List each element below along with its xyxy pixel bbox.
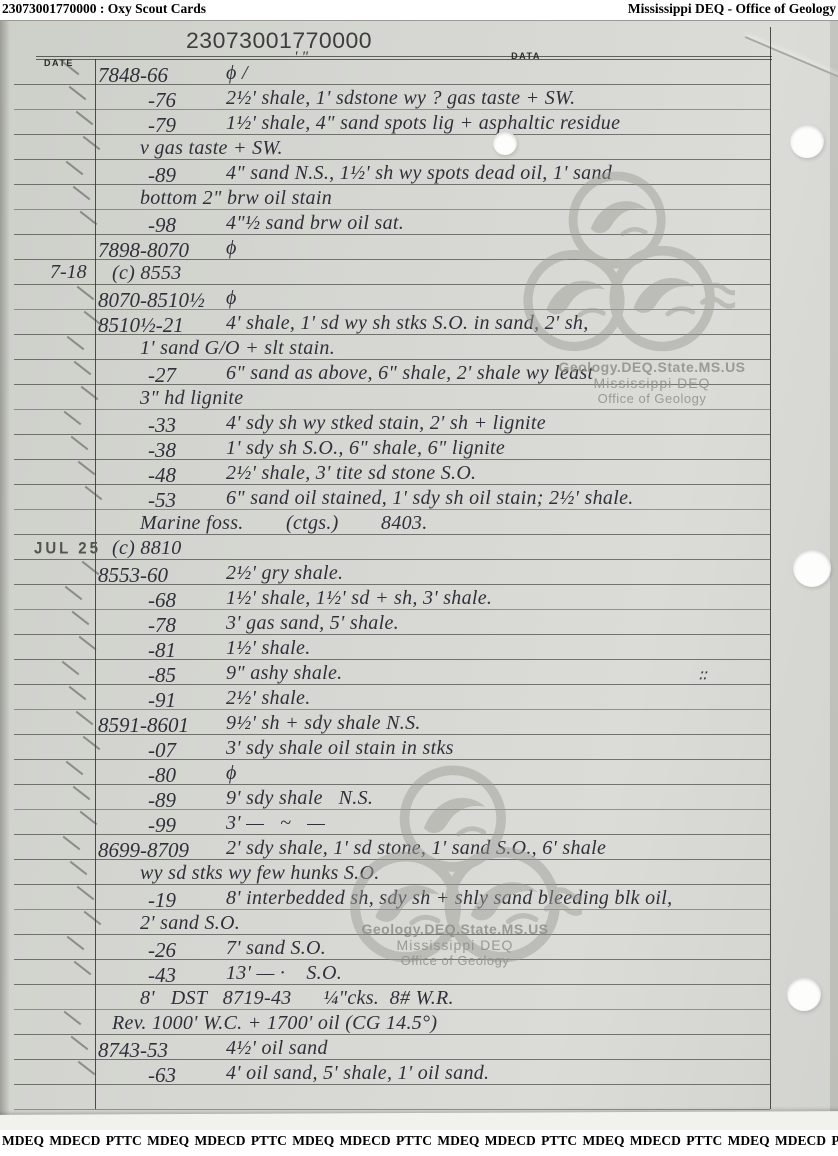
log-row: -267' sand S.O. [98, 935, 326, 962]
watermark-text-line: Office of Geology [340, 953, 570, 968]
log-row: -811½' shale. [98, 635, 311, 662]
watermark-caption: Geology.DEQ.State.MS.USMississippi DEQOf… [537, 359, 767, 406]
watermark-text-line: Geology.DEQ.State.MS.US [537, 359, 767, 375]
check-mark [65, 586, 83, 601]
watermark-text-line: Office of Geology [537, 391, 767, 406]
paper-crease [745, 36, 838, 88]
check-mark [69, 86, 87, 101]
punch-hole [793, 549, 831, 587]
log-entry-text: 4"½ sand brw oil sat. [226, 212, 404, 234]
log-entry-text: ϕ [226, 762, 237, 784]
log-entry-text: 13' — · S.O. [226, 962, 342, 984]
log-row: bottom 2" brw oil stain [140, 185, 332, 212]
check-mark [64, 1011, 82, 1026]
log-entry-text: 4½' oil sand [226, 1037, 328, 1059]
header-rule-top [36, 56, 772, 57]
log-row: -4313' — · S.O. [98, 960, 342, 987]
log-row: -993' — ~ — [98, 810, 325, 837]
check-mark [71, 436, 89, 451]
pen-artifact: ∶∶ [698, 666, 706, 686]
log-entry-text: (c) 8810 [112, 537, 182, 559]
check-mark [78, 461, 96, 476]
check-mark [82, 561, 100, 576]
log-entry-text: 4' oil sand, 5' shale, 1' oil sand. [226, 1062, 489, 1084]
deq-logo-watermark [505, 151, 735, 381]
log-row: -536" sand oil stained, 1' sdy sh oil st… [98, 485, 634, 512]
log-row: (c) 8810 [112, 535, 182, 562]
check-mark [63, 836, 81, 851]
header-left-title: 23073001770000 : Oxy Scout Cards [0, 0, 208, 18]
date-stamp: JUL 25 [34, 539, 101, 557]
log-row: 8591-86019½' sh + sdy shale N.S. [98, 710, 421, 737]
footer-text: MDEQ MDECD PTTC MDEQ MDECD PTTC MDEQ MDE… [0, 1130, 838, 1152]
check-mark [67, 336, 85, 351]
log-row: Rev. 1000' W.C. + 1700' oil (CG 14.5°) [112, 1010, 437, 1037]
header-right-title: Mississippi DEQ - Office of Geology [626, 0, 838, 18]
log-row: -912½' shale. [98, 685, 311, 712]
check-mark [73, 186, 91, 201]
log-entry-text: 4' sdy sh wy stked stain, 2' sh + lignit… [226, 412, 546, 434]
log-entry-text: 1½' shale, 4" sand spots lig + asphaltic… [226, 112, 620, 134]
log-entry-text: 7' sand S.O. [226, 937, 326, 959]
check-mark [72, 611, 90, 626]
log-entry-text: 2½' shale, 3' tite sd stone S.O. [226, 462, 476, 484]
log-row: 7848-66ϕ / [98, 60, 248, 87]
scan-area: 23073001770000 DATE DATA 7848-66ϕ /-762½… [0, 20, 838, 1131]
check-mark [66, 761, 84, 776]
log-entry-text: v gas taste + SW. [140, 137, 283, 159]
check-mark [77, 886, 95, 901]
log-entry-text: 1' sdy sh S.O., 6" shale, 6" lignite [226, 437, 505, 459]
log-entry-text: bottom 2" brw oil stain [140, 187, 332, 209]
log-entry-text: 3" hd lignite [140, 387, 243, 409]
log-entry-text: 1½' shale, 1½' sd + sh, 3' shale. [226, 587, 492, 609]
log-entry-text: ϕ [226, 237, 237, 259]
log-entry-text: Marine foss. (ctgs.) 8403. [140, 512, 428, 534]
log-entry-text: 1' sand G/O + slt stain. [140, 337, 335, 359]
check-mark [71, 1036, 89, 1051]
log-entry-text: 6" sand oil stained, 1' sdy sh oil stain… [226, 487, 634, 509]
check-mark [76, 711, 94, 726]
card-bottom-edge [0, 1111, 838, 1131]
check-mark [62, 661, 80, 676]
watermark-text-line: Mississippi DEQ [537, 375, 767, 391]
scan-left-shadow [0, 21, 10, 1131]
log-row: 8070-8510½ϕ [98, 285, 237, 312]
log-row: (c) 8553 [112, 260, 182, 287]
check-mark [73, 786, 91, 801]
log-row: -634' oil sand, 5' shale, 1' oil sand. [98, 1060, 489, 1087]
ruled-line [14, 1109, 770, 1110]
check-mark [70, 861, 88, 876]
log-entry-text: 9" ashy shale. [226, 662, 342, 684]
log-row: 3" hd lignite [140, 385, 243, 412]
right-margin-line [770, 27, 771, 1109]
log-row: 1' sand G/O + slt stain. [140, 335, 335, 362]
check-mark [74, 361, 92, 376]
watermark-text-line: Geology.DEQ.State.MS.US [340, 921, 570, 937]
watermark-text-line: Mississippi DEQ [340, 937, 570, 953]
check-mark [79, 636, 97, 651]
punch-hole [787, 977, 821, 1011]
log-entry-text: Rev. 1000' W.C. + 1700' oil (CG 14.5°) [112, 1012, 437, 1034]
print-header: 23073001770000 : Oxy Scout Cards Mississ… [0, 0, 838, 20]
date-entry: 7-18 [50, 261, 87, 284]
check-mark [64, 411, 82, 426]
print-footer: MDEQ MDECD PTTC MDEQ MDECD PTTC MDEQ MDE… [0, 1130, 838, 1156]
check-mark [78, 1061, 96, 1076]
log-entry-text: 2½' shale, 1' sdstone wy ? gas taste + S… [226, 87, 575, 109]
log-entry-text: (c) 8553 [112, 262, 182, 284]
log-entry-text: 2' sand S.O. [140, 912, 240, 934]
log-row: v gas taste + SW. [140, 135, 283, 162]
punch-hole [493, 131, 517, 155]
pen-artifact: ' " [294, 49, 308, 67]
log-row: -762½' shale, 1' sdstone wy ? gas taste … [98, 85, 575, 112]
scan-right-shadow [830, 21, 838, 1131]
log-entry-text: 9½' sh + sdy shale N.S. [226, 712, 421, 734]
log-entry-text: 3' — ~ — [226, 812, 325, 834]
log-row: 2' sand S.O. [140, 910, 240, 937]
log-row: -984"½ sand brw oil sat. [98, 210, 404, 237]
depth-range: -63 [98, 1062, 226, 1088]
log-row: 8743-534½' oil sand [98, 1035, 328, 1062]
log-entry-text: ϕ / [226, 62, 248, 84]
log-entry-text: ϕ [226, 287, 237, 309]
log-row: -80ϕ [98, 760, 237, 787]
log-entry-text: 2½' shale. [226, 687, 311, 709]
log-row: -482½' shale, 3' tite sd stone S.O. [98, 460, 476, 487]
data-column-header: DATA [486, 51, 566, 61]
watermark-caption: Geology.DEQ.State.MS.USMississippi DEQOf… [340, 921, 570, 968]
check-mark [67, 936, 85, 951]
log-entry-text: 3' gas sand, 5' shale. [226, 612, 399, 634]
log-entry-text: 1½' shale. [226, 637, 311, 659]
log-row: -334' sdy sh wy stked stain, 2' sh + lig… [98, 410, 546, 437]
check-mark [69, 686, 87, 701]
log-row: 7898-8070ϕ [98, 235, 237, 262]
log-row: -681½' shale, 1½' sd + sh, 3' shale. [98, 585, 492, 612]
check-mark [66, 161, 84, 176]
log-row: -859" ashy shale. [98, 660, 342, 687]
punch-hole [790, 124, 824, 158]
log-entry-text: 2½' gry shale. [226, 562, 343, 584]
check-mark [74, 961, 92, 976]
api-number-stamp: 23073001770000 [186, 27, 372, 53]
log-row: -791½' shale, 4" sand spots lig + asphal… [98, 110, 620, 137]
log-row: 8553-602½' gry shale. [98, 560, 343, 587]
log-row: Marine foss. (ctgs.) 8403. [140, 510, 428, 537]
log-row: -783' gas sand, 5' shale. [98, 610, 399, 637]
check-mark [76, 111, 94, 126]
log-row: -381' sdy sh S.O., 6" shale, 6" lignite [98, 435, 505, 462]
page: 23073001770000 : Oxy Scout Cards Mississ… [0, 0, 838, 1156]
check-mark [77, 286, 95, 301]
